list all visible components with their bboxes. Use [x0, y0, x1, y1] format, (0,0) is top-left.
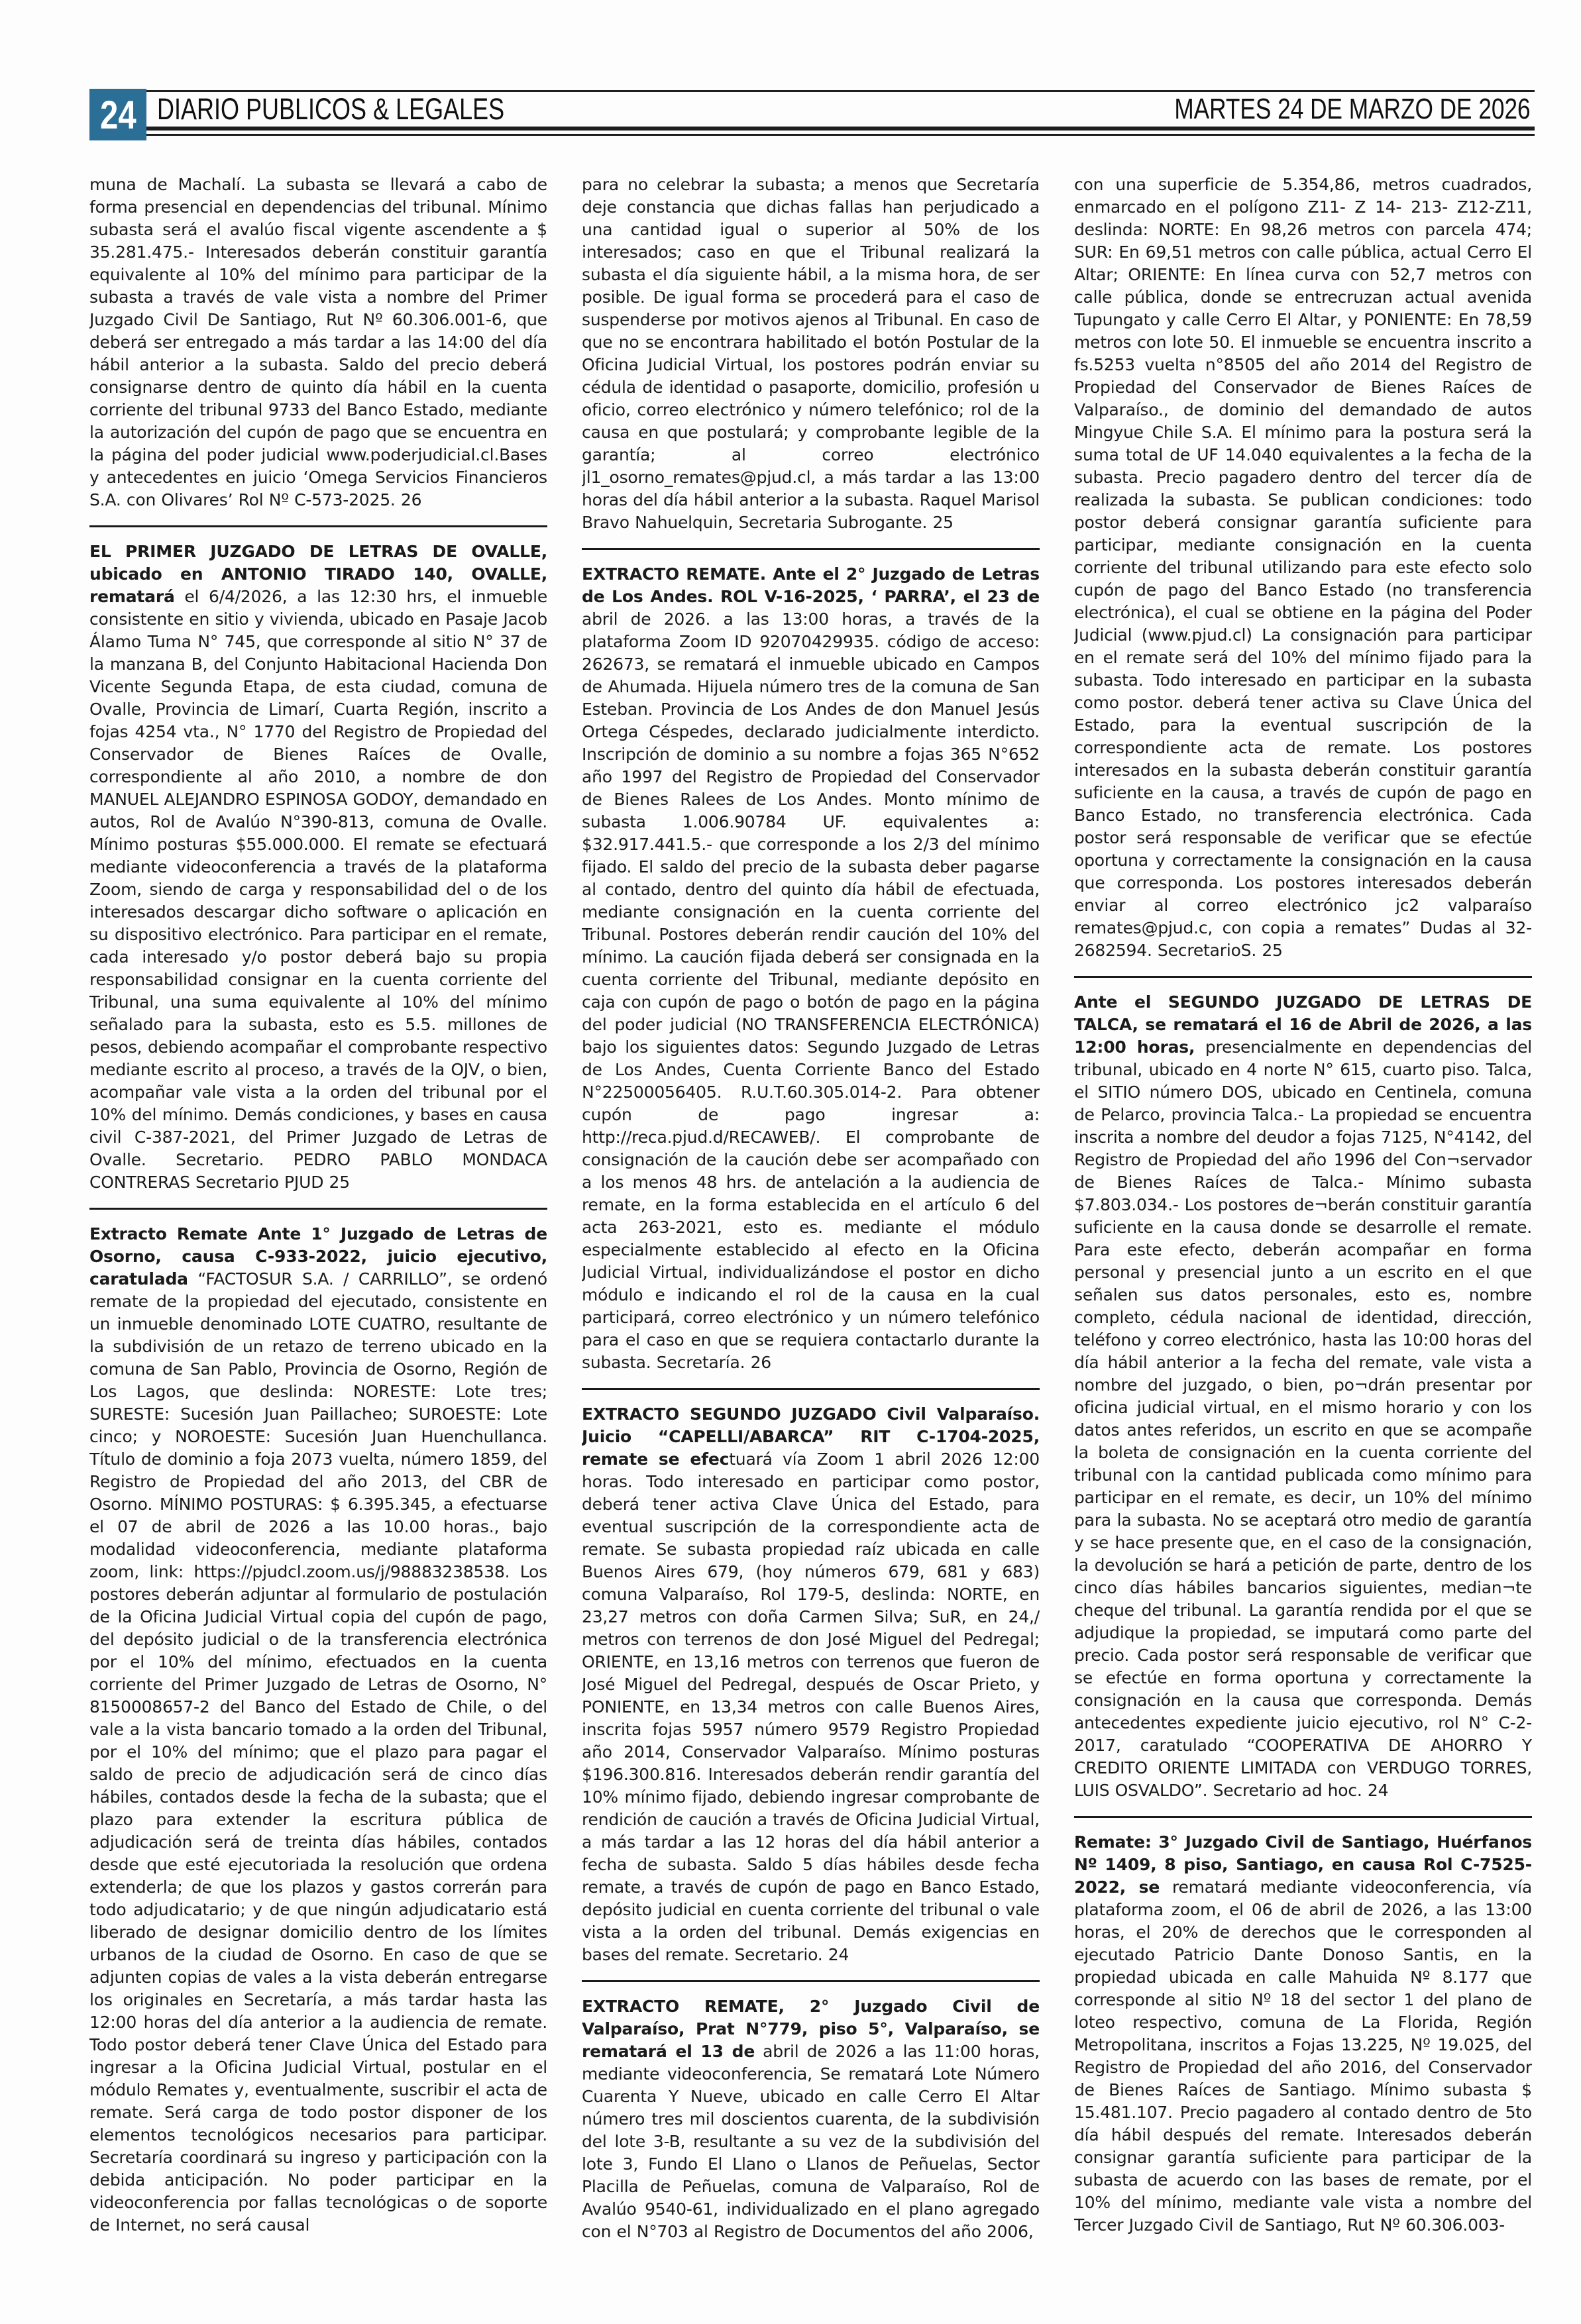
column-1: muna de Machalí. La subasta se llevará a…: [89, 174, 547, 2294]
masthead-title: DIARIO PUBLICOS & LEGALES: [157, 92, 504, 127]
notice-body: tuará vía Zoom 1 abril 2026 12:00 horas.…: [582, 1450, 1040, 1964]
notice: con una superficie de 5.354,86, metros c…: [1074, 174, 1532, 962]
notice-divider: [1074, 1816, 1532, 1818]
notices-content: muna de Machalí. La subasta se llevará a…: [89, 174, 1535, 2294]
notice-divider: [89, 1208, 547, 1210]
notice-body: rematará mediante videoconferencia, vía …: [1074, 1877, 1532, 2235]
notice-divider: [582, 1388, 1040, 1390]
notice: Extracto Remate Ante 1° Juzgado de Letra…: [89, 1223, 547, 2237]
notice-body: abril de 2026 a las 11:00 horas, mediant…: [582, 2042, 1040, 2241]
edition-date: MARTES 24 DE MARZO DE 2026: [1175, 93, 1531, 126]
page-number-badge: 24: [89, 89, 146, 140]
notice-lead: EXTRACTO REMATE. Ante el 2° Juzgado de L…: [582, 564, 1040, 606]
column-3: con una superficie de 5.354,86, metros c…: [1074, 174, 1532, 2294]
notice-body: con una superficie de 5.354,86, metros c…: [1074, 175, 1532, 960]
notice-divider: [89, 525, 547, 527]
notice-divider: [582, 1980, 1040, 1982]
notice-body: abril de 2026. a las 13:00 horas, a trav…: [582, 609, 1040, 1372]
notice: EL PRIMER JUZGADO DE LETRAS DE OVALLE, u…: [89, 541, 547, 1194]
notice-body: presencialmente en dependencias del trib…: [1074, 1037, 1532, 1800]
notice-body: para no celebrar la subasta; a menos que…: [582, 175, 1040, 532]
newspaper-page: 24 DIARIO PUBLICOS & LEGALES MARTES 24 D…: [0, 0, 1581, 2324]
notice-body: el 6/4/2026, a las 12:30 hrs, el inmuebl…: [89, 587, 547, 1192]
notice-body: “FACTOSUR S.A. / CARRILLO”, se ordenó re…: [89, 1269, 547, 2235]
column-2: para no celebrar la subasta; a menos que…: [582, 174, 1040, 2294]
notice: Remate: 3° Juzgado Civil de Santiago, Hu…: [1074, 1831, 1532, 2237]
notice-body: muna de Machalí. La subasta se llevará a…: [89, 175, 547, 509]
notice: EXTRACTO REMATE. Ante el 2° Juzgado de L…: [582, 563, 1040, 1374]
notice-divider: [582, 548, 1040, 550]
notice: Ante el SEGUNDO JUZGADO DE LETRAS DE TAL…: [1074, 991, 1532, 1802]
notice: para no celebrar la subasta; a menos que…: [582, 174, 1040, 534]
header-band: DIARIO PUBLICOS & LEGALES MARTES 24 DE M…: [146, 90, 1535, 131]
notice-divider: [1074, 976, 1532, 978]
notice: EXTRACTO SEGUNDO JUZGADO Civil Valparaís…: [582, 1403, 1040, 1966]
page-header: 24 DIARIO PUBLICOS & LEGALES MARTES 24 D…: [89, 89, 1535, 142]
notice: EXTRACTO REMATE, 2° Juzgado Civil de Val…: [582, 1995, 1040, 2243]
header-rule: [146, 134, 1535, 136]
page-number: 24: [100, 92, 136, 138]
notice: muna de Machalí. La subasta se llevará a…: [89, 174, 547, 511]
